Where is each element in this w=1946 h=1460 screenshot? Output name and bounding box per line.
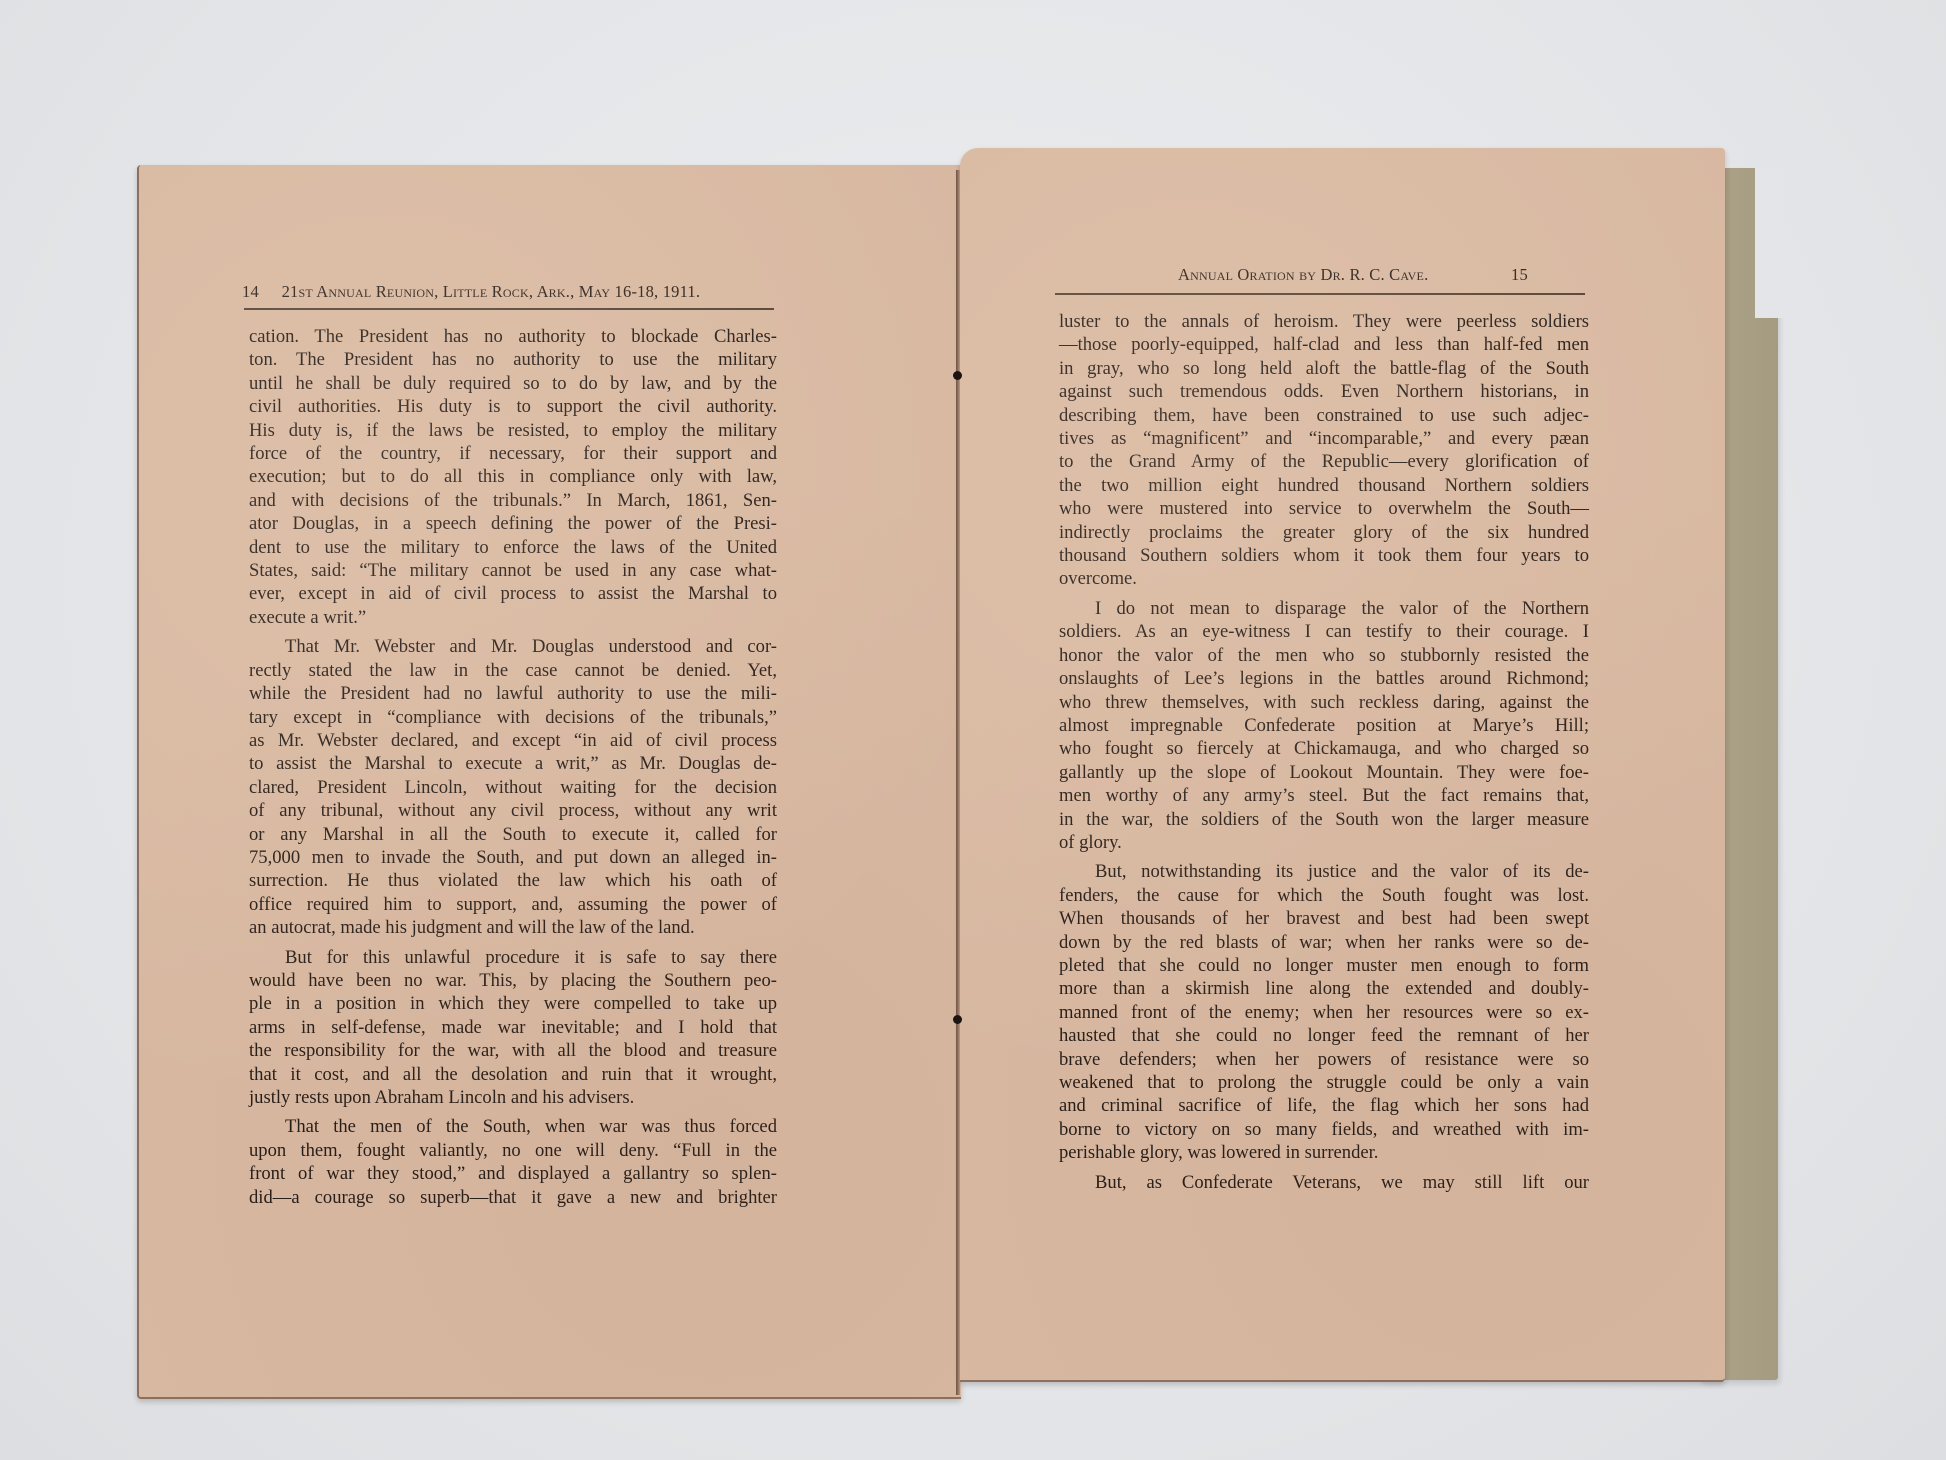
text-line: until he shall be duly required so to do… [249,372,777,395]
text-line: But, as Confederate Veterans, we may sti… [1059,1171,1589,1194]
right-page-body: luster to the annals of heroism. They we… [1059,310,1589,1194]
text-line: indirectly proclaims the greater glory o… [1059,521,1589,544]
text-line: pleted that she could no longer muster m… [1059,954,1589,977]
text-line: ton. The President has no authority to u… [249,348,777,371]
staple-hole-top [953,371,962,380]
right-page-number: 15 [1511,265,1528,285]
text-line: in gray, who so long held aloft the batt… [1059,357,1589,380]
paragraph: But for this unlawful procedure it is sa… [249,946,777,1110]
text-line: His duty is, if the laws be resisted, to… [249,419,777,442]
text-line: while the President had no lawful author… [249,682,777,705]
text-line: to the Grand Army of the Republic—every … [1059,450,1589,473]
text-line: That Mr. Webster and Mr. Douglas underst… [249,635,777,658]
right-running-head-title: Annual Oration by Dr. R. C. Cave. [1178,265,1428,284]
text-line: and with decisions of the tribunals.” In… [249,489,777,512]
text-line: upon them, fought valiantly, no one will… [249,1139,777,1162]
left-page: 14 21st Annual Reunion, Little Rock, Ark… [137,165,961,1399]
paragraph: luster to the annals of heroism. They we… [1059,310,1589,591]
text-line: who were mustered into service to overwh… [1059,497,1589,520]
text-line: overcome. [1059,567,1589,590]
paragraph: cation. The President has no authority t… [249,325,777,629]
right-header-rule [1055,293,1585,295]
text-line: the responsibility for the war, with all… [249,1039,777,1062]
text-line: But for this unlawful procedure it is sa… [249,946,777,969]
text-line: tives as “magnificent” and “incomparable… [1059,427,1589,450]
text-line: dent to use the military to enforce the … [249,536,777,559]
text-line: describing them, have been constrained t… [1059,404,1589,427]
text-line: of glory. [1059,831,1589,854]
text-line: soldiers. As an eye-witness I can testif… [1059,620,1589,643]
text-line: in the war, the soldiers of the South wo… [1059,808,1589,831]
text-line: weakened that to prolong the struggle co… [1059,1071,1589,1094]
right-page: Annual Oration by Dr. R. C. Cave. 15 lus… [960,148,1725,1382]
text-line: I do not mean to disparage the valor of … [1059,597,1589,620]
text-line: men worthy of any army’s steel. But the … [1059,784,1589,807]
text-line: That the men of the South, when war was … [249,1115,777,1138]
text-line: ple in a position in which they were com… [249,992,777,1015]
text-line: civil authorities. His duty is to suppor… [249,395,777,418]
text-line: arms in self-defense, made war inevitabl… [249,1016,777,1039]
text-line: manned front of the enemy; when her reso… [1059,1001,1589,1024]
text-line: an autocrat, made his judgment and will … [249,916,777,939]
text-line: hausted that she could no longer feed th… [1059,1024,1589,1047]
text-line: 75,000 men to invade the South, and put … [249,846,777,869]
text-line: States, said: “The military cannot be us… [249,559,777,582]
text-line: almost impregnable Confederate position … [1059,714,1589,737]
spine-gutter [956,170,960,1395]
text-line: more than a skirmish line along the exte… [1059,977,1589,1000]
text-line: to assist the Marshal to execute a writ,… [249,752,777,775]
paragraph: That Mr. Webster and Mr. Douglas underst… [249,635,777,939]
text-line: down by the red blasts of war; when her … [1059,931,1589,954]
text-line: and criminal sacrifice of life, the flag… [1059,1094,1589,1117]
staple-hole-bottom [953,1015,962,1024]
text-line: would have been no war. This, by placing… [249,969,777,992]
text-line: honor the valor of the men who so stubbo… [1059,644,1589,667]
text-line: as Mr. Webster declared, and except “in … [249,729,777,752]
text-line: gallantly up the slope of Lookout Mounta… [1059,761,1589,784]
text-line: justly rests upon Abraham Lincoln and hi… [249,1086,777,1109]
text-line: thousand Southern soldiers whom it took … [1059,544,1589,567]
text-line: perishable glory, was lowered in surrend… [1059,1141,1589,1164]
text-line: did—a courage so superb—that it gave a n… [249,1186,777,1209]
text-line: that it cost, and all the desolation and… [249,1063,777,1086]
text-line: execution; but to do all this in complia… [249,465,777,488]
paragraph: I do not mean to disparage the valor of … [1059,597,1589,854]
text-line: surrection. He thus violated the law whi… [249,869,777,892]
text-line: onslaughts of Lee’s legions in the battl… [1059,667,1589,690]
text-line: cation. The President has no authority t… [249,325,777,348]
cover-notch [1755,168,1785,318]
text-line: who threw themselves, with such reckless… [1059,691,1589,714]
left-running-head: 14 21st Annual Reunion, Little Rock, Ark… [242,282,700,302]
paragraph: But, as Confederate Veterans, we may sti… [1059,1171,1589,1194]
text-line: execute a writ.” [249,606,777,629]
text-line: brave defenders; when her powers of resi… [1059,1048,1589,1071]
text-line: luster to the annals of heroism. They we… [1059,310,1589,333]
text-line: front of war they stood,” and displayed … [249,1162,777,1185]
text-line: who fought so fiercely at Chickamauga, a… [1059,737,1589,760]
text-line: ator Douglas, in a speech defining the p… [249,512,777,535]
text-line: clared, President Lincoln, without waiti… [249,776,777,799]
paragraph: But, notwithstanding its justice and the… [1059,860,1589,1164]
text-line: office required him to support, and, ass… [249,893,777,916]
paragraph: That the men of the South, when war was … [249,1115,777,1209]
text-line: —those poorly-equipped, half-clad and le… [1059,333,1589,356]
text-line: or any Marshal in all the South to execu… [249,823,777,846]
left-header-rule [244,308,774,310]
text-line: force of the country, if necessary, for … [249,442,777,465]
text-line: ever, except in aid of civil process to … [249,582,777,605]
text-line: of any tribunal, without any civil proce… [249,799,777,822]
text-line: against such tremendous odds. Even North… [1059,380,1589,403]
left-page-number: 14 [242,282,259,301]
text-line: But, notwithstanding its justice and the… [1059,860,1589,883]
text-line: tary except in “compliance with decision… [249,706,777,729]
text-line: rectly stated the law in the case cannot… [249,659,777,682]
text-line: borne to victory on so many fields, and … [1059,1118,1589,1141]
text-line: fenders, the cause for which the South f… [1059,884,1589,907]
left-running-head-title: 21st Annual Reunion, Little Rock, Ark., … [282,282,701,301]
left-page-body: cation. The President has no authority t… [249,325,777,1209]
text-line: When thousands of her bravest and best h… [1059,907,1589,930]
right-running-head: Annual Oration by Dr. R. C. Cave. [1178,265,1428,285]
text-line: the two million eight hundred thousand N… [1059,474,1589,497]
